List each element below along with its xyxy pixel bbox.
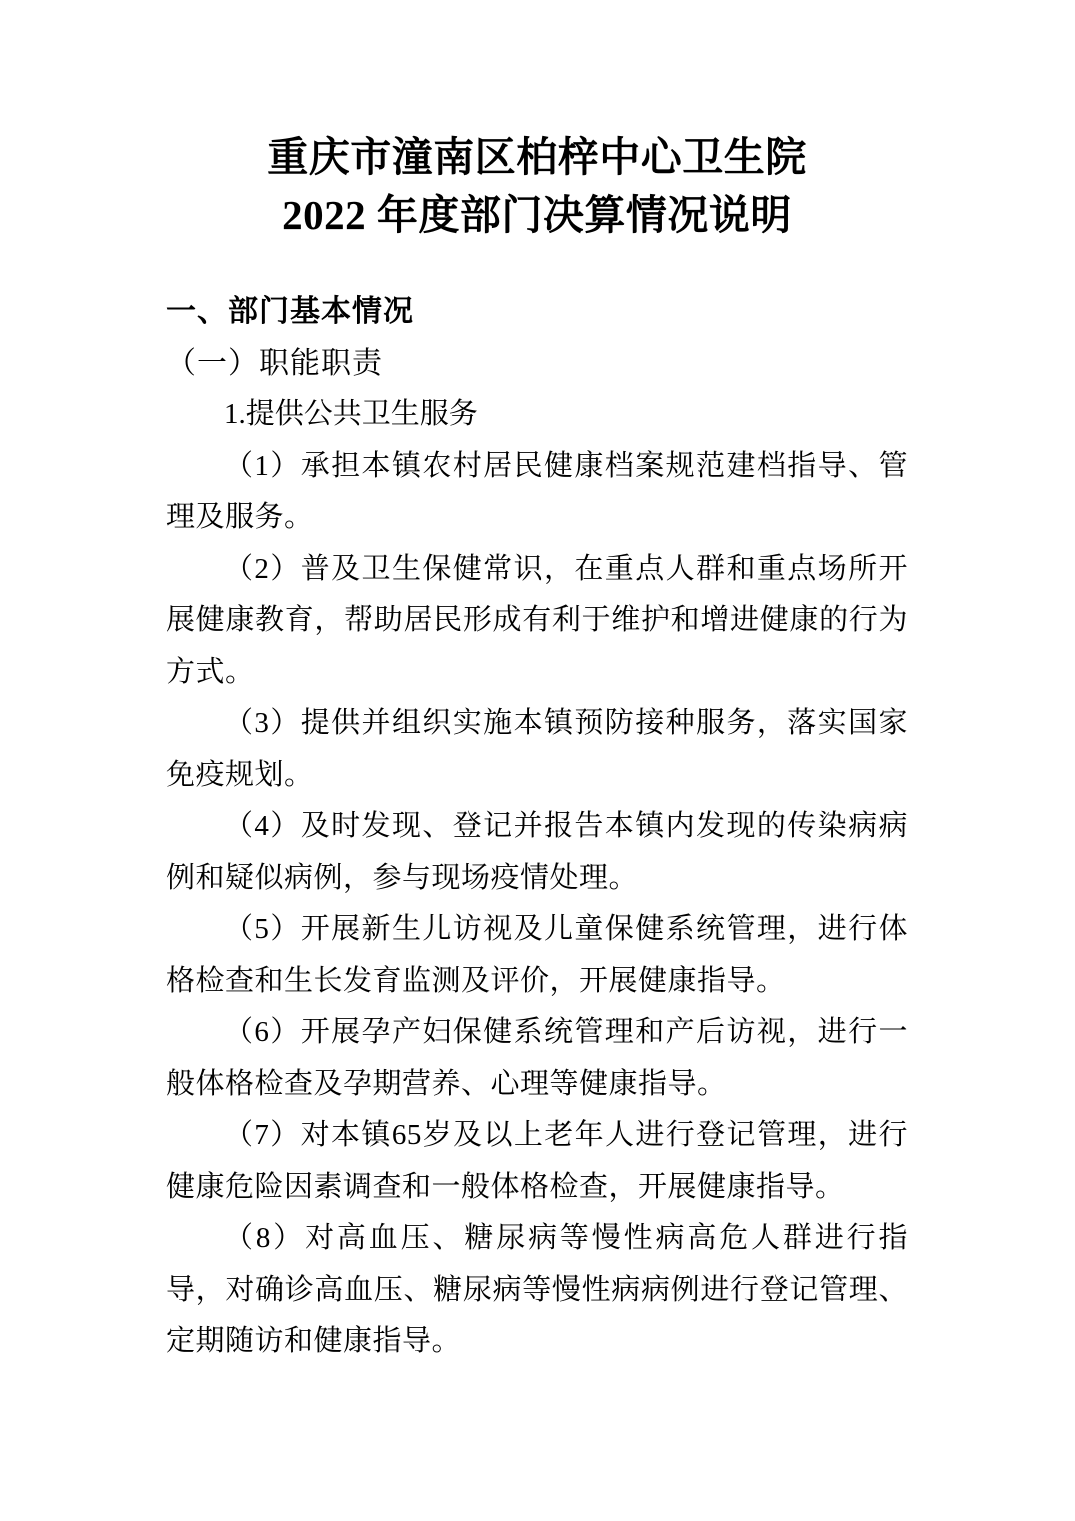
paragraph-2: （2）普及卫生保健常识，在重点人群和重点场所开展健康教育，帮助居民形成有利于维护… — [166, 544, 908, 699]
document-title: 重庆市潼南区柏梓中心卫生院 2022 年度部门决算情况说明 — [166, 128, 908, 244]
section-heading: 一、部门基本情况 — [166, 286, 908, 338]
item-heading: 1.提供公共卫生服务 — [166, 389, 908, 441]
paragraph-1: （1）承担本镇农村居民健康档案规范建档指导、管理及服务。 — [166, 441, 908, 544]
document-page: 重庆市潼南区柏梓中心卫生院 2022 年度部门决算情况说明 一、部门基本情况 （… — [0, 0, 1075, 1521]
paragraph-6: （6）开展孕产妇保健系统管理和产后访视，进行一般体格检查及孕期营养、心理等健康指… — [166, 1007, 908, 1110]
paragraph-8: （8）对高血压、糖尿病等慢性病高危人群进行指导，对确诊高血压、糖尿病等慢性病病例… — [166, 1213, 908, 1368]
subsection-heading: （一）职能职责 — [166, 338, 908, 390]
paragraph-7: （7）对本镇65岁及以上老年人进行登记管理，进行健康危险因素调查和一般体格检查，… — [166, 1110, 908, 1213]
paragraph-5: （5）开展新生儿访视及儿童保健系统管理，进行体格检查和生长发育监测及评价，开展健… — [166, 904, 908, 1007]
document-title-line-2: 2022 年度部门决算情况说明 — [166, 186, 908, 244]
document-title-line-1: 重庆市潼南区柏梓中心卫生院 — [166, 128, 908, 186]
paragraph-4: （4）及时发现、登记并报告本镇内发现的传染病病例和疑似病例，参与现场疫情处理。 — [166, 801, 908, 904]
paragraph-3: （3）提供并组织实施本镇预防接种服务，落实国家免疫规划。 — [166, 698, 908, 801]
